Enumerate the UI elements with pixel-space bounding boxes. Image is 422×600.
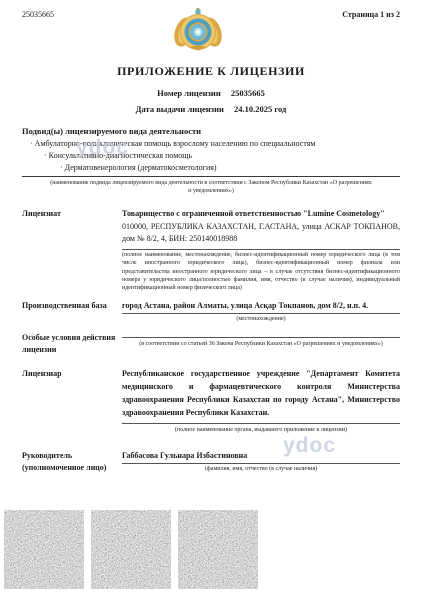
special-conditions-label: Особые условия действия лицензии (22, 332, 122, 356)
license-date-label: Дата выдачи лицензии (136, 104, 224, 114)
production-base-label: Производственная база (22, 300, 122, 324)
page-header: 25035665 С (0, 0, 422, 52)
license-number-row: Номер лицензии 25035665 (0, 88, 422, 98)
licensee-name: Товарищество с ограниченной ответственно… (122, 208, 400, 220)
special-conditions-row: Особые условия действия лицензии (в соот… (22, 332, 400, 356)
page-indicator: Страница 1 из 2 (342, 10, 400, 19)
licensor-value: Республиканское государственное учрежден… (122, 368, 400, 420)
separator-line (122, 337, 400, 338)
document-title: ПРИЛОЖЕНИЕ К ЛИЦЕНЗИИ (0, 64, 422, 79)
subtype-item: · Дерматовенерология (дерматокосметологи… (22, 163, 400, 172)
licensee-caption: (полное наименование, местонахождение, б… (122, 251, 400, 291)
separator-line (22, 176, 400, 177)
license-appendix-page: 25035665 С (0, 0, 422, 600)
production-base-value: город Астана, район Алматы, улица Асқар … (122, 300, 400, 314)
licensor-row: Лицензиар Республиканское государственно… (22, 368, 400, 433)
production-base-row: Производственная база город Астана, райо… (22, 300, 400, 324)
subtype-item: · Консультативно-диагностическая помощь (22, 151, 400, 160)
licensee-label: Лицензиат (22, 208, 122, 292)
qr-code-strip (4, 510, 258, 589)
subtypes-heading: Подвид(ы) лицензируемого вида деятельнос… (22, 126, 400, 136)
subtypes-caption: (наименование подвида лицензируемого вид… (22, 179, 400, 195)
special-conditions-caption: (в соответствии со статьей 36 Закона Рес… (122, 340, 400, 348)
license-date-value: 24.10.2025 год (234, 104, 286, 114)
qr-code-icon (4, 510, 84, 589)
head-person-caption: (фамилия, имя, отчество (в случае наличи… (122, 465, 400, 473)
licensee-row: Лицензиат Товарищество с ограниченной от… (22, 208, 400, 292)
license-number-label: Номер лицензии (157, 88, 221, 98)
subtype-item: · Амбулаторно-поликлиническая помощь взр… (22, 139, 400, 148)
separator-line (122, 249, 400, 250)
head-person-label: Руководитель (уполномоченное лицо) (22, 450, 122, 474)
head-person-row: Руководитель (уполномоченное лицо) Габба… (22, 450, 400, 474)
head-person-value: Габбасова Гульнара Избастиновна (122, 450, 400, 464)
license-date-row: Дата выдачи лицензии 24.10.2025 год (0, 104, 422, 114)
qr-code-icon (91, 510, 171, 589)
licensee-address: 010000, РЕСПУБЛИКА КАЗАХСТАН, Г.АСТАНА, … (122, 221, 400, 246)
qr-code-icon (178, 510, 258, 589)
license-number-value: 25035665 (231, 88, 265, 98)
separator-line (122, 423, 400, 424)
production-base-caption: (местонахождение) (122, 315, 400, 323)
kazakhstan-emblem-icon (174, 6, 222, 52)
document-number: 25035665 (22, 10, 54, 19)
licensor-label: Лицензиар (22, 368, 122, 433)
licensor-caption: (полное наименование органа, выдавшего п… (122, 426, 400, 434)
